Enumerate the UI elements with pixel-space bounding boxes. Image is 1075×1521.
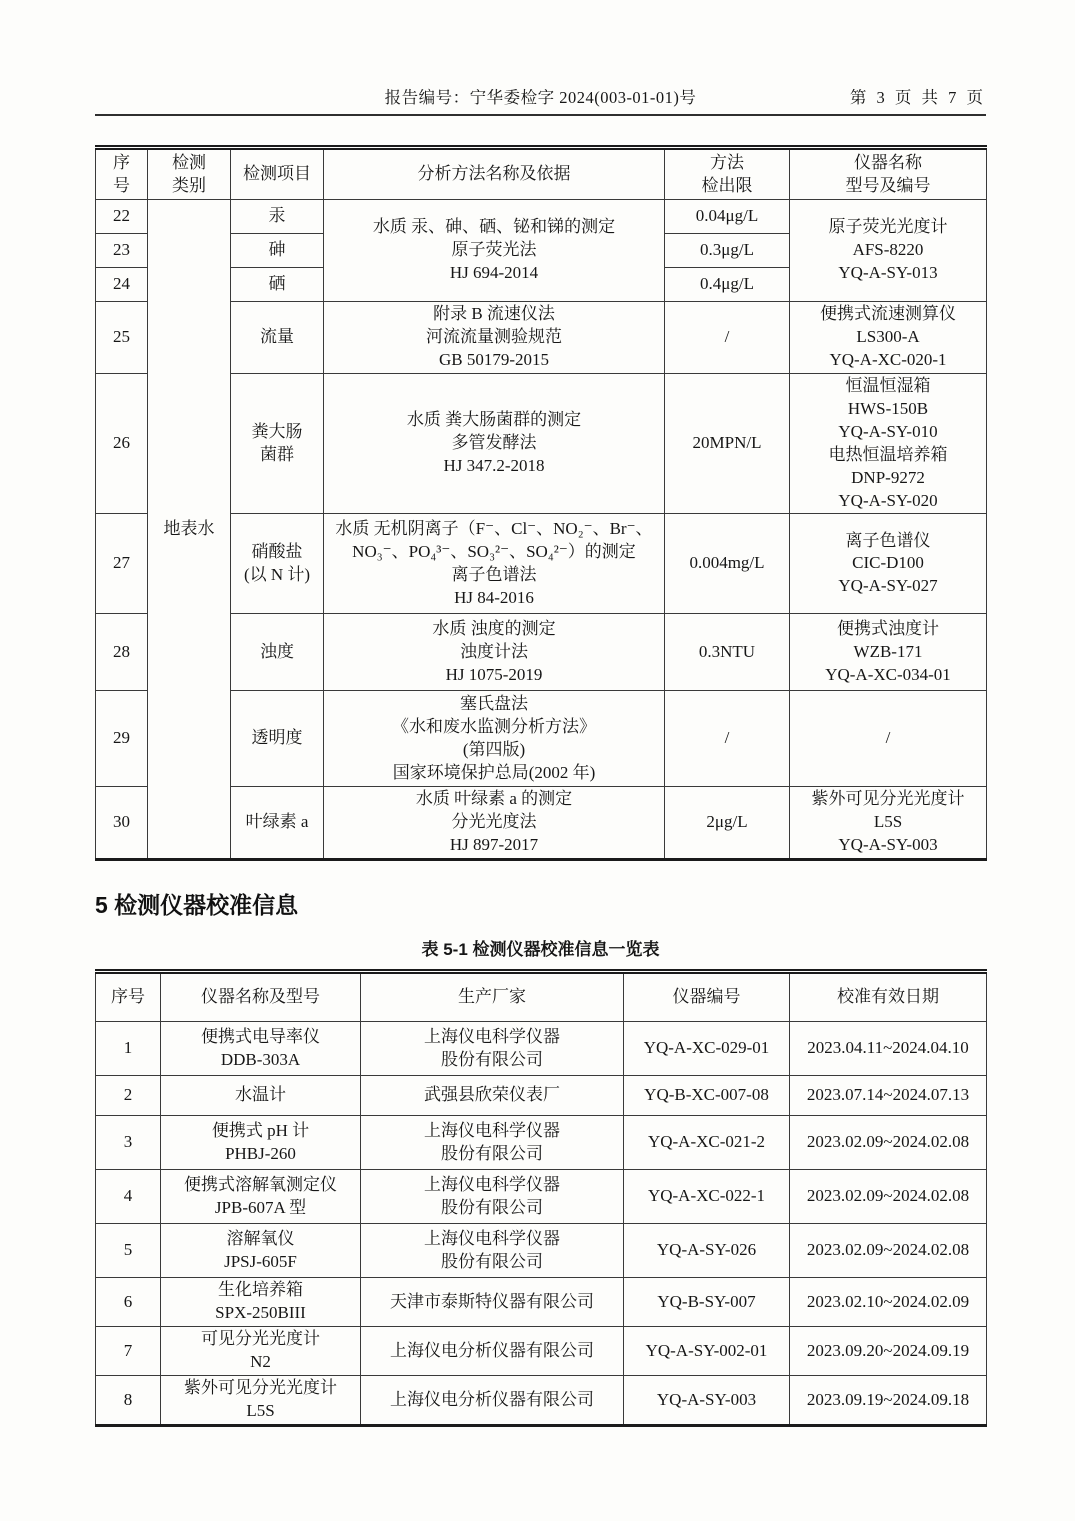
col-header-instrument-name: 仪器名称及型号 — [161, 972, 361, 1022]
method-cell: 附录 B 流速仪法 河流流量测验规范 GB 50179-2015 — [324, 302, 665, 374]
seq-cell: 7 — [96, 1327, 161, 1376]
col-header-limit: 方法 检出限 — [665, 148, 790, 200]
limit-cell: / — [665, 691, 790, 787]
table-row: 22 地表水 汞 水质 汞、砷、硒、铋和锑的测定 原子荧光法 HJ 694-20… — [96, 200, 987, 234]
valid-date-cell: 2023.02.09~2024.02.08 — [790, 1224, 987, 1278]
limit-cell: 0.4μg/L — [665, 268, 790, 302]
code-cell: YQ-A-SY-026 — [624, 1224, 790, 1278]
col-header-seq-no: 序号 — [96, 972, 161, 1022]
table-row: 7 可见分光光度计 N2 上海仪电分析仪器有限公司 YQ-A-SY-002-01… — [96, 1327, 987, 1376]
valid-date-cell: 2023.04.11~2024.04.10 — [790, 1022, 987, 1076]
manufacturer-cell: 天津市泰斯特仪器有限公司 — [361, 1278, 624, 1327]
valid-date-cell: 2023.02.10~2024.02.09 — [790, 1278, 987, 1327]
page-number: 第 3 页 共 7 页 — [850, 84, 986, 108]
code-cell: YQ-B-XC-007-08 — [624, 1076, 790, 1116]
limit-cell: 20MPN/L — [665, 373, 790, 514]
item-cell: 硒 — [231, 268, 324, 302]
valid-date-cell: 2023.02.09~2024.02.08 — [790, 1116, 987, 1170]
table-row: 4 便携式溶解氧测定仪 JPB-607A 型 上海仪电科学仪器 股份有限公司 Y… — [96, 1170, 987, 1224]
page-header: 报告编号：宁华委检字 2024(003-01-01)号 第 3 页 共 7 页 — [95, 0, 986, 116]
col-header-instrument-code: 仪器编号 — [624, 972, 790, 1022]
detection-methods-table: 序 号 检测 类别 检测项目 分析方法名称及依据 方法 检出限 仪器名称 型号及… — [95, 145, 987, 861]
method-cell: 水质 叶绿素 a 的测定 分光光度法 HJ 897-2017 — [324, 787, 665, 860]
seq-cell: 8 — [96, 1376, 161, 1426]
limit-cell: 0.04μg/L — [665, 200, 790, 234]
seq-cell: 5 — [96, 1224, 161, 1278]
valid-date-cell: 2023.02.09~2024.02.08 — [790, 1170, 987, 1224]
instrument-cell: 便携式浊度计 WZB-171 YQ-A-XC-034-01 — [790, 614, 987, 691]
item-cell: 汞 — [231, 200, 324, 234]
col-header-method: 分析方法名称及依据 — [324, 148, 665, 200]
name-cell: 生化培养箱 SPX-250BIII — [161, 1278, 361, 1327]
category-cell: 地表水 — [148, 200, 231, 860]
valid-date-cell: 2023.07.14~2024.07.13 — [790, 1076, 987, 1116]
limit-cell: 0.004mg/L — [665, 514, 790, 614]
method-cell: 水质 汞、砷、硒、铋和锑的测定 原子荧光法 HJ 694-2014 — [324, 200, 665, 302]
report-number: 报告编号：宁华委检字 2024(003-01-01)号 — [385, 84, 697, 108]
instrument-cell: 便携式流速测算仪 LS300-A YQ-A-XC-020-1 — [790, 302, 987, 374]
calibration-table: 序号 仪器名称及型号 生产厂家 仪器编号 校准有效日期 1 便携式电导率仪 DD… — [95, 969, 987, 1427]
instrument-cell: 原子荧光光度计 AFS-8220 YQ-A-SY-013 — [790, 200, 987, 302]
code-cell: YQ-A-SY-003 — [624, 1376, 790, 1426]
code-cell: YQ-A-XC-021-2 — [624, 1116, 790, 1170]
col-header-manufacturer: 生产厂家 — [361, 972, 624, 1022]
manufacturer-cell: 上海仪电分析仪器有限公司 — [361, 1376, 624, 1426]
manufacturer-cell: 上海仪电分析仪器有限公司 — [361, 1327, 624, 1376]
seq-cell: 28 — [96, 614, 148, 691]
method-cell: 塞氏盘法 《水和废水监测分析方法》 (第四版) 国家环境保护总局(2002 年) — [324, 691, 665, 787]
instrument-cell: 紫外可见分光光度计 L5S YQ-A-SY-003 — [790, 787, 987, 860]
instrument-cell: / — [790, 691, 987, 787]
seq-cell: 1 — [96, 1022, 161, 1076]
code-cell: YQ-A-SY-002-01 — [624, 1327, 790, 1376]
seq-cell: 27 — [96, 514, 148, 614]
seq-cell: 22 — [96, 200, 148, 234]
manufacturer-cell: 上海仪电科学仪器 股份有限公司 — [361, 1170, 624, 1224]
item-cell: 硝酸盐 (以 N 计) — [231, 514, 324, 614]
limit-cell: 0.3NTU — [665, 614, 790, 691]
col-header-seq-no: 序 号 — [96, 148, 148, 200]
limit-cell: 2μg/L — [665, 787, 790, 860]
instrument-cell: 恒温恒湿箱 HWS-150B YQ-A-SY-010 电热恒温培养箱 DNP-9… — [790, 373, 987, 514]
table-caption: 表 5-1 检测仪器校准信息一览表 — [95, 935, 986, 960]
seq-cell: 29 — [96, 691, 148, 787]
table-row: 2 水温计 武强县欣荣仪表厂 YQ-B-XC-007-08 2023.07.14… — [96, 1076, 987, 1116]
code-cell: YQ-B-SY-007 — [624, 1278, 790, 1327]
name-cell: 便携式 pH 计 PHBJ-260 — [161, 1116, 361, 1170]
code-cell: YQ-A-XC-029-01 — [624, 1022, 790, 1076]
method-cell: 水质 粪大肠菌群的测定 多管发酵法 HJ 347.2-2018 — [324, 373, 665, 514]
item-cell: 粪大肠 菌群 — [231, 373, 324, 514]
method-cell: 水质 无机阴离子（F⁻、Cl⁻、NO₂⁻、Br⁻、 NO₃⁻、PO₄³⁻、SO₃… — [324, 514, 665, 614]
table-row: 6 生化培养箱 SPX-250BIII 天津市泰斯特仪器有限公司 YQ-B-SY… — [96, 1278, 987, 1327]
code-cell: YQ-A-XC-022-1 — [624, 1170, 790, 1224]
col-header-category: 检测 类别 — [148, 148, 231, 200]
document-page: 报告编号：宁华委检字 2024(003-01-01)号 第 3 页 共 7 页 … — [0, 0, 1075, 1521]
instrument-cell: 离子色谱仪 CIC-D100 YQ-A-SY-027 — [790, 514, 987, 614]
seq-cell: 25 — [96, 302, 148, 374]
manufacturer-cell: 武强县欣荣仪表厂 — [361, 1076, 624, 1116]
limit-cell: 0.3μg/L — [665, 234, 790, 268]
valid-date-cell: 2023.09.19~2024.09.18 — [790, 1376, 987, 1426]
name-cell: 紫外可见分光光度计 L5S — [161, 1376, 361, 1426]
item-cell: 透明度 — [231, 691, 324, 787]
name-cell: 便携式电导率仪 DDB-303A — [161, 1022, 361, 1076]
col-header-item: 检测项目 — [231, 148, 324, 200]
item-cell: 浊度 — [231, 614, 324, 691]
table-header-row: 序 号 检测 类别 检测项目 分析方法名称及依据 方法 检出限 仪器名称 型号及… — [96, 148, 987, 200]
manufacturer-cell: 上海仪电科学仪器 股份有限公司 — [361, 1022, 624, 1076]
limit-cell: / — [665, 302, 790, 374]
seq-cell: 6 — [96, 1278, 161, 1327]
name-cell: 水温计 — [161, 1076, 361, 1116]
col-header-valid-date: 校准有效日期 — [790, 972, 987, 1022]
name-cell: 便携式溶解氧测定仪 JPB-607A 型 — [161, 1170, 361, 1224]
name-cell: 溶解氧仪 JPSJ-605F — [161, 1224, 361, 1278]
seq-cell: 4 — [96, 1170, 161, 1224]
seq-cell: 24 — [96, 268, 148, 302]
page-content: 报告编号：宁华委检字 2024(003-01-01)号 第 3 页 共 7 页 … — [95, 0, 986, 1427]
seq-cell: 3 — [96, 1116, 161, 1170]
table-row: 8 紫外可见分光光度计 L5S 上海仪电分析仪器有限公司 YQ-A-SY-003… — [96, 1376, 987, 1426]
name-cell: 可见分光光度计 N2 — [161, 1327, 361, 1376]
manufacturer-cell: 上海仪电科学仪器 股份有限公司 — [361, 1224, 624, 1278]
valid-date-cell: 2023.09.20~2024.09.19 — [790, 1327, 987, 1376]
item-cell: 叶绿素 a — [231, 787, 324, 860]
table-row: 3 便携式 pH 计 PHBJ-260 上海仪电科学仪器 股份有限公司 YQ-A… — [96, 1116, 987, 1170]
section-heading: 5 检测仪器校准信息 — [95, 887, 986, 920]
item-cell: 流量 — [231, 302, 324, 374]
seq-cell: 26 — [96, 373, 148, 514]
table-row: 1 便携式电导率仪 DDB-303A 上海仪电科学仪器 股份有限公司 YQ-A-… — [96, 1022, 987, 1076]
seq-cell: 2 — [96, 1076, 161, 1116]
col-header-instrument: 仪器名称 型号及编号 — [790, 148, 987, 200]
method-cell: 水质 浊度的测定 浊度计法 HJ 1075-2019 — [324, 614, 665, 691]
item-cell: 砷 — [231, 234, 324, 268]
seq-cell: 23 — [96, 234, 148, 268]
seq-cell: 30 — [96, 787, 148, 860]
manufacturer-cell: 上海仪电科学仪器 股份有限公司 — [361, 1116, 624, 1170]
table-row: 5 溶解氧仪 JPSJ-605F 上海仪电科学仪器 股份有限公司 YQ-A-SY… — [96, 1224, 987, 1278]
table-header-row: 序号 仪器名称及型号 生产厂家 仪器编号 校准有效日期 — [96, 972, 987, 1022]
